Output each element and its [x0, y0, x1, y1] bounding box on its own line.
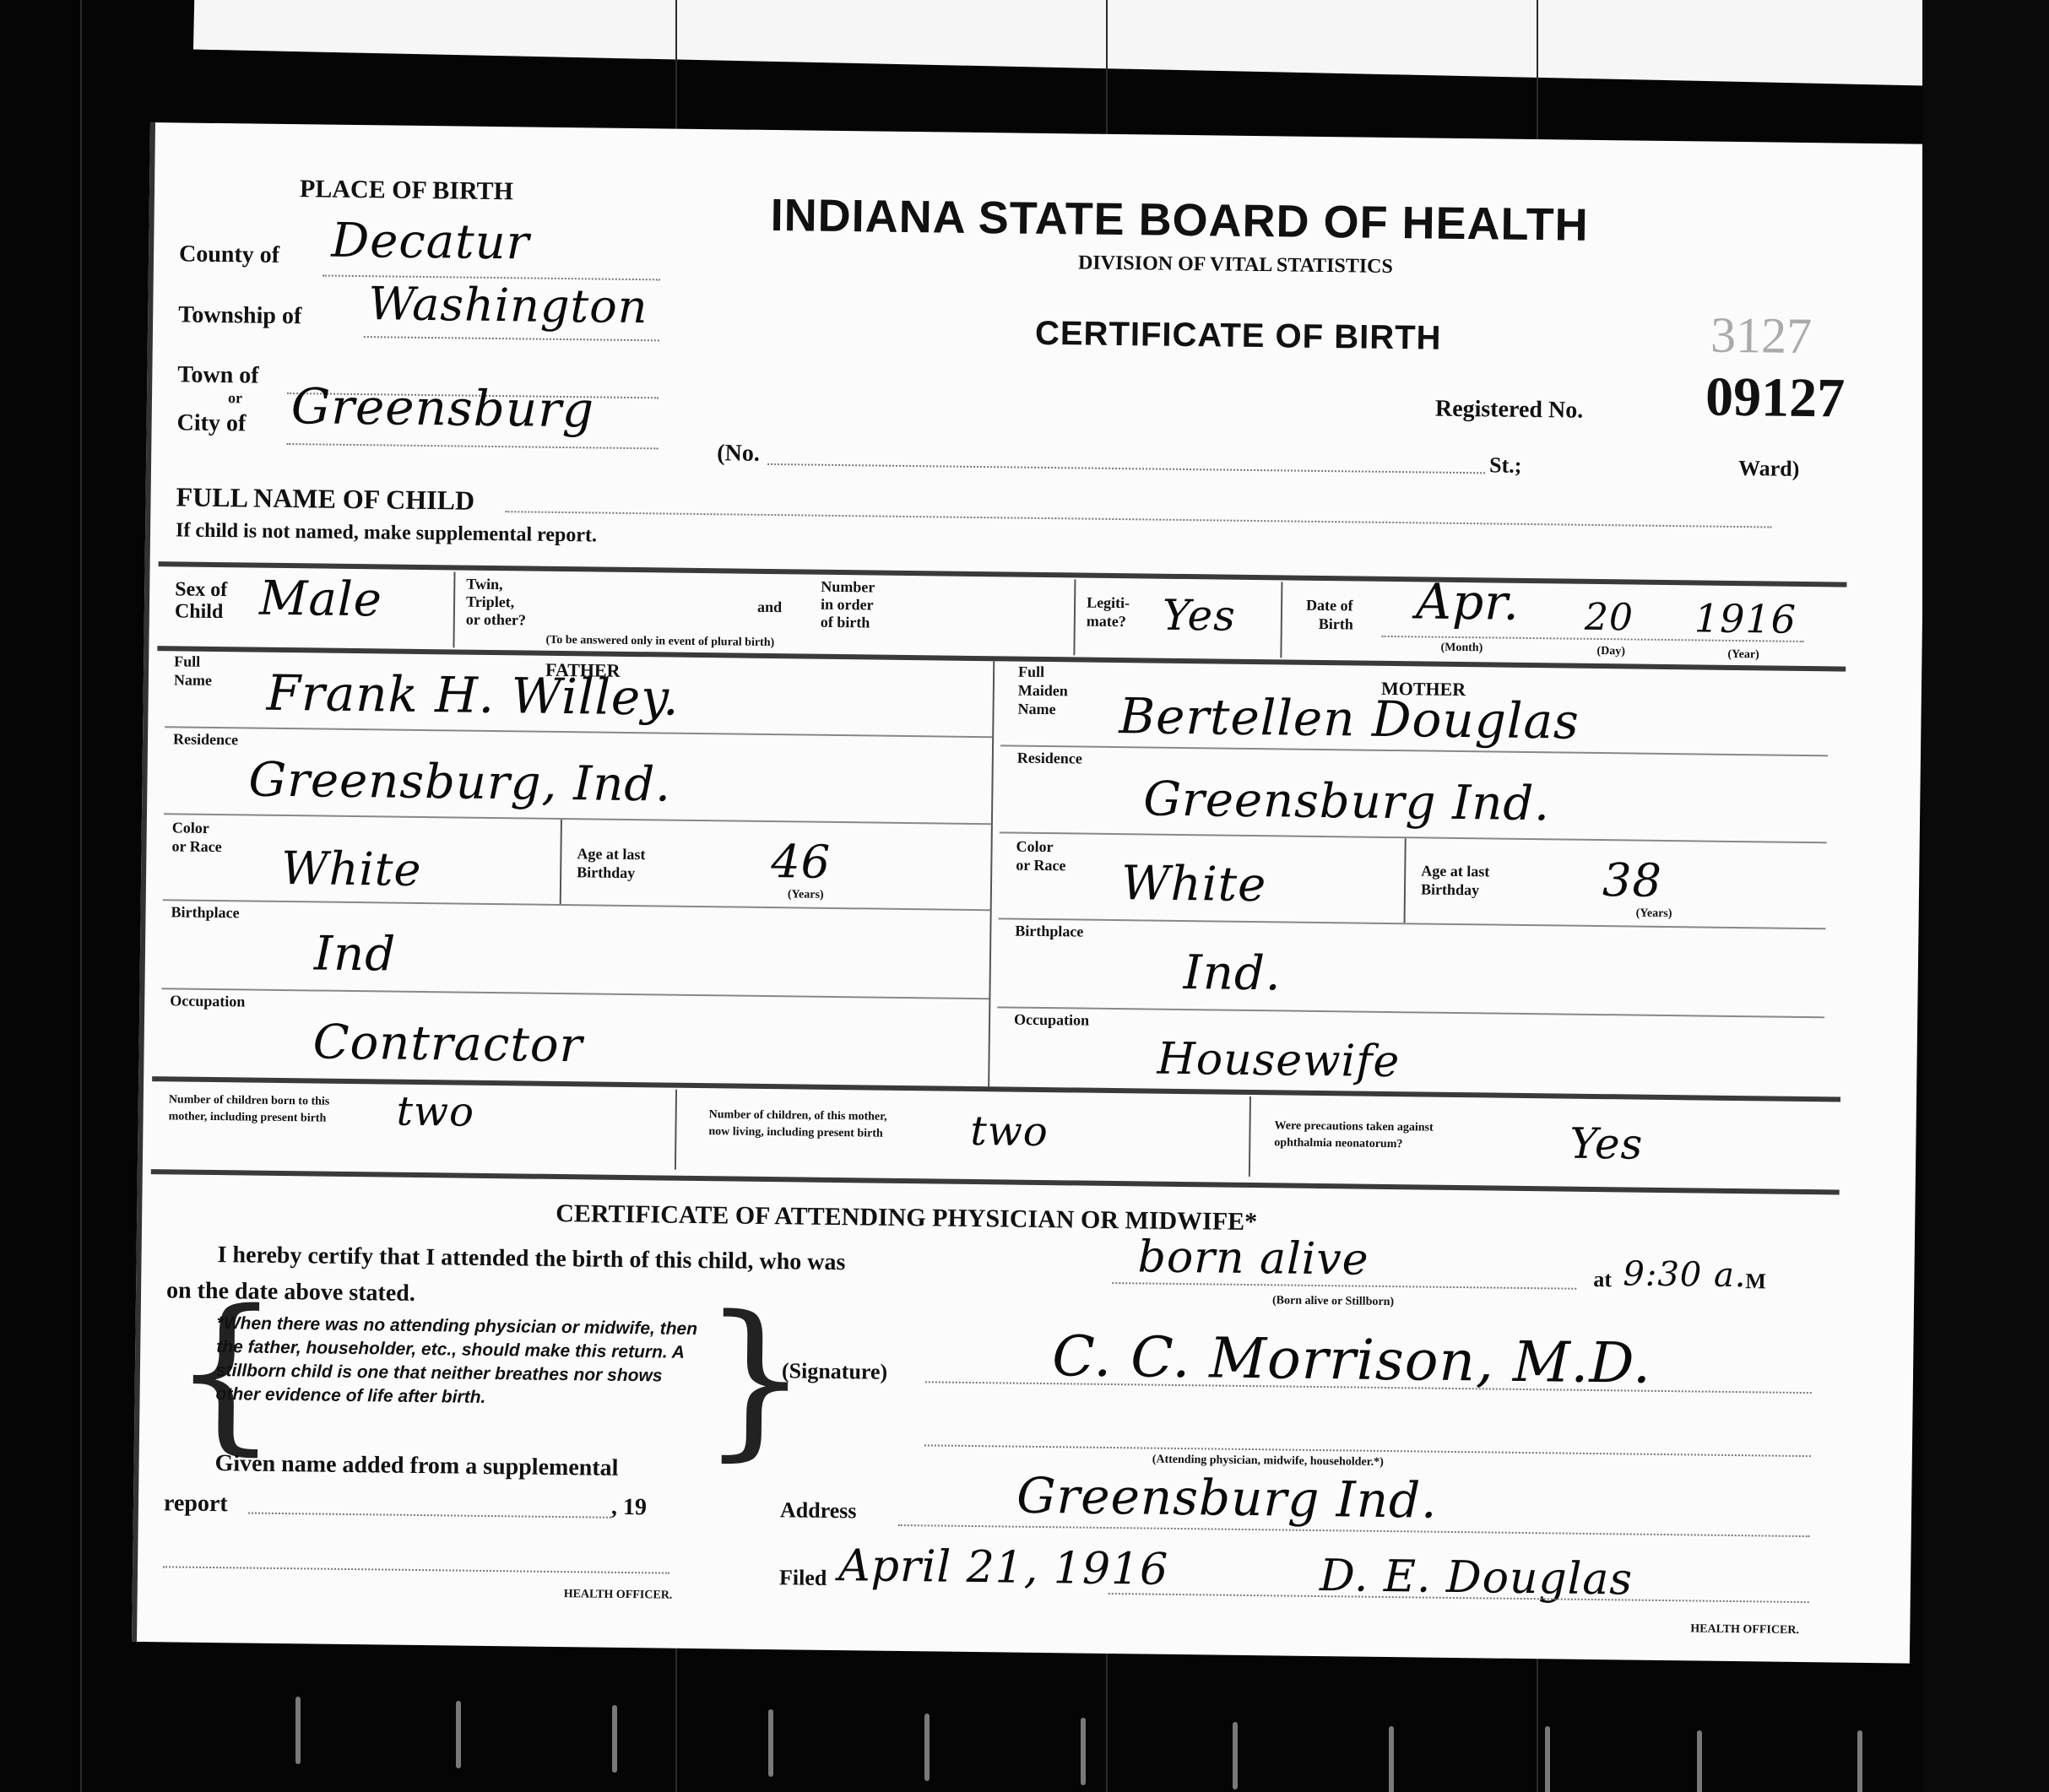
filed-label: Filed — [779, 1565, 827, 1591]
or-label: or — [228, 389, 242, 407]
dob-day: 20 — [1585, 596, 1634, 640]
sex-label: Sex of — [175, 578, 227, 602]
film-perforation — [1233, 1722, 1238, 1789]
physician-address-value: Greensburg Ind. — [1016, 1467, 1438, 1529]
father-name-label: Full — [174, 652, 200, 670]
at-label: at — [1593, 1267, 1612, 1292]
township-label: Township of — [178, 301, 301, 330]
father-birthplace-value: Ind — [314, 926, 397, 982]
mother-name-label-3: Name — [1017, 701, 1055, 719]
twin-label: Twin, — [466, 576, 502, 594]
faded-stamp-number: 3127 — [1710, 306, 1813, 365]
county-label: County of — [179, 241, 279, 268]
cell-divider — [1404, 838, 1407, 923]
children-living-label-2: now living, including present birth — [708, 1125, 882, 1141]
row-line — [161, 988, 989, 999]
order-label-2: in order — [821, 596, 874, 614]
mother-age-value: 38 — [1602, 853, 1662, 907]
township-value: Washington — [368, 277, 648, 333]
film-perforation — [295, 1697, 301, 1764]
triplet-label: Triplet, — [466, 593, 514, 612]
film-scratch — [80, 0, 82, 1792]
father-color-label: Color — [172, 819, 209, 837]
row-line — [997, 1006, 1824, 1018]
legitimate-label: Legiti- — [1087, 594, 1130, 613]
year-caption: (Year) — [1727, 648, 1759, 662]
father-residence-value: Greensburg, Ind. — [248, 752, 671, 812]
mother-color-value: White — [1121, 856, 1267, 912]
street-label: St.; — [1489, 452, 1522, 478]
month-caption: (Month) — [1440, 642, 1483, 656]
legitimate-label-2: mate? — [1087, 613, 1126, 631]
mother-occupation-value: Housewife — [1157, 1034, 1400, 1088]
time-suffix: M — [1745, 1269, 1766, 1294]
footnote-text: *When there was no attending physician o… — [215, 1312, 697, 1412]
certify-text: I hereby certify that I attended the bir… — [217, 1242, 845, 1276]
children-born-value: two — [396, 1088, 474, 1136]
father-age-value: 46 — [771, 835, 831, 889]
film-perforation — [1697, 1730, 1702, 1792]
report-year-prefix: , 19 — [611, 1494, 647, 1522]
precaution-label-2: ophthalmia neonatorum? — [1274, 1136, 1402, 1151]
father-birthplace-label: Birthplace — [171, 903, 239, 922]
row-line — [165, 726, 992, 738]
town-label: Town of — [177, 361, 259, 389]
township-dotline — [364, 336, 659, 341]
film-perforation — [1545, 1726, 1550, 1792]
child-unnamed-note: If child is not named, make supplemental… — [176, 519, 597, 547]
certificate-header: INDIANA STATE BOARD OF HEALTH DIVISION O… — [155, 122, 1928, 144]
children-living-label: Number of children, of this mother, — [709, 1108, 887, 1124]
mother-name-label: Full — [1018, 663, 1044, 681]
signature-label: (Signature) — [782, 1358, 888, 1385]
father-name-value: Frank H. Willey. — [266, 664, 680, 727]
mother-birthplace-label: Birthplace — [1015, 923, 1083, 941]
child-name-heading: FULL NAME OF CHILD — [176, 481, 474, 516]
children-stats-row: Number of children born to this mother, … — [155, 122, 1928, 144]
precaution-value: Yes — [1569, 1119, 1644, 1169]
dob-year: 1916 — [1694, 595, 1797, 642]
mother-occupation-label: Occupation — [1014, 1011, 1089, 1030]
row-line — [1000, 831, 1827, 843]
child-details-row: Sex of Child Male Twin, Triplet, or othe… — [155, 122, 1928, 144]
supplemental-text: Given name added from a supplemental — [214, 1450, 618, 1482]
mother-residence-value: Greensburg Ind. — [1143, 771, 1551, 831]
report-dotline — [248, 1513, 611, 1519]
children-born-label: Number of children born to this — [169, 1093, 330, 1108]
day-caption: (Day) — [1596, 645, 1625, 658]
mother-color-label: Color — [1016, 838, 1053, 857]
parents-column-divider — [988, 660, 995, 1086]
sex-label-2: Child — [175, 600, 224, 624]
signer-caption: (Attending physician, midwife, household… — [1152, 1454, 1384, 1470]
physician-section: CERTIFICATE OF ATTENDING PHYSICIAN OR MI… — [155, 122, 1928, 144]
adjacent-frame-right — [1922, 0, 2049, 1792]
birth-certificate: PLACE OF BIRTH County of Decatur Townshi… — [132, 122, 1928, 1664]
row-line — [163, 899, 990, 911]
place-of-birth-heading: PLACE OF BIRTH — [300, 175, 513, 206]
mother-age-label-2: Birthday — [1421, 880, 1479, 899]
health-officer-caption-left: HEALTH OFFICER. — [564, 1588, 673, 1603]
cell-divider — [560, 820, 562, 904]
birth-time-value: 9:30 a. — [1623, 1254, 1747, 1295]
film-perforation — [924, 1713, 930, 1781]
plural-birth-note: (To be answered only in event of plural … — [545, 634, 774, 650]
or-other-label: or other? — [466, 611, 526, 630]
divider-rule — [151, 1169, 1840, 1194]
mother-name-label-2: Maiden — [1018, 682, 1068, 701]
and-label: and — [757, 598, 782, 616]
dob-month: Apr. — [1416, 572, 1520, 631]
father-age-caption: (Years) — [788, 888, 824, 902]
father-name-label-2: Name — [174, 671, 212, 690]
county-value: Decatur — [331, 214, 530, 271]
health-officer-dotline-left — [163, 1566, 669, 1573]
father-age-label-2: Birthday — [577, 864, 635, 882]
division-subtitle: DIVISION OF VITAL STATISTICS — [1078, 252, 1393, 279]
father-color-value: White — [281, 842, 422, 896]
mother-age-label: Age at last — [1421, 862, 1489, 880]
city-dotline — [286, 443, 658, 449]
row-line — [999, 918, 1826, 929]
divider-rule — [159, 561, 1847, 587]
filed-date-value: April 21, 1916 — [838, 1540, 1169, 1595]
film-perforation — [768, 1709, 773, 1777]
mother-birthplace-value: Ind. — [1183, 945, 1282, 1001]
father-occupation-value: Contractor — [312, 1015, 583, 1073]
street-dotline — [767, 463, 1485, 474]
child-name-dotline — [505, 511, 1771, 528]
certificate-title: CERTIFICATE OF BIRTH — [1035, 315, 1442, 358]
report-label: report — [164, 1490, 228, 1518]
row-line — [164, 813, 991, 825]
cell-divider — [1280, 582, 1282, 658]
registered-number: 09127 — [1705, 365, 1846, 431]
adjacent-frame-edge — [193, 0, 1926, 85]
physician-heading: CERTIFICATE OF ATTENDING PHYSICIAN OR MI… — [556, 1199, 1257, 1237]
dob-label-2: Birth — [1319, 615, 1353, 633]
cell-divider — [675, 1090, 677, 1170]
address-label: Address — [780, 1497, 857, 1524]
place-of-birth-section: PLACE OF BIRTH County of Decatur Townshi… — [155, 122, 1928, 144]
born-status-caption: (Born alive or Stillborn) — [1272, 1294, 1394, 1309]
father-color-label-2: or Race — [171, 837, 221, 856]
mother-age-caption: (Years) — [1636, 907, 1672, 922]
dob-label: Date of — [1306, 597, 1353, 615]
mother-name-value: Bertellen Douglas — [1119, 687, 1580, 750]
mother-section: MOTHER Full Maiden Name Bertellen Dougla… — [155, 122, 1928, 144]
born-status-value: born alive — [1137, 1232, 1369, 1285]
legitimate-value: Yes — [1163, 591, 1237, 641]
order-label: Number — [821, 578, 875, 597]
film-perforation — [1081, 1718, 1086, 1785]
cell-divider — [1249, 1096, 1251, 1177]
sex-value: Male — [259, 571, 383, 628]
film-perforation — [612, 1705, 617, 1773]
city-label: City of — [176, 409, 246, 437]
film-perforation — [456, 1701, 461, 1768]
mother-color-label-2: or Race — [1016, 857, 1065, 875]
film-perforation — [1389, 1726, 1394, 1792]
precaution-label: Were precautions taken against — [1274, 1119, 1433, 1134]
father-occupation-label: Occupation — [170, 992, 245, 1010]
children-born-label-2: mother, including present birth — [169, 1110, 327, 1125]
father-section: FATHER Full Name Frank H. Willey. Reside… — [155, 122, 1928, 144]
children-living-value: two — [970, 1107, 1049, 1156]
agency-title: INDIANA STATE BOARD OF HEALTH — [770, 189, 1589, 252]
city-value: Greensburg — [290, 377, 594, 438]
mother-residence-label: Residence — [1017, 750, 1082, 768]
health-officer-caption-right: HEALTH OFFICER. — [1690, 1622, 1799, 1638]
ward-label: Ward) — [1738, 456, 1800, 482]
order-label-3: of birth — [821, 614, 870, 632]
film-perforation — [1857, 1730, 1862, 1792]
cell-divider — [1073, 579, 1076, 655]
father-residence-label: Residence — [173, 730, 238, 749]
father-age-label: Age at last — [577, 845, 645, 864]
cell-divider — [453, 571, 455, 647]
registered-label: Registered No. — [1435, 396, 1584, 425]
street-number-label: (No. — [717, 440, 760, 468]
